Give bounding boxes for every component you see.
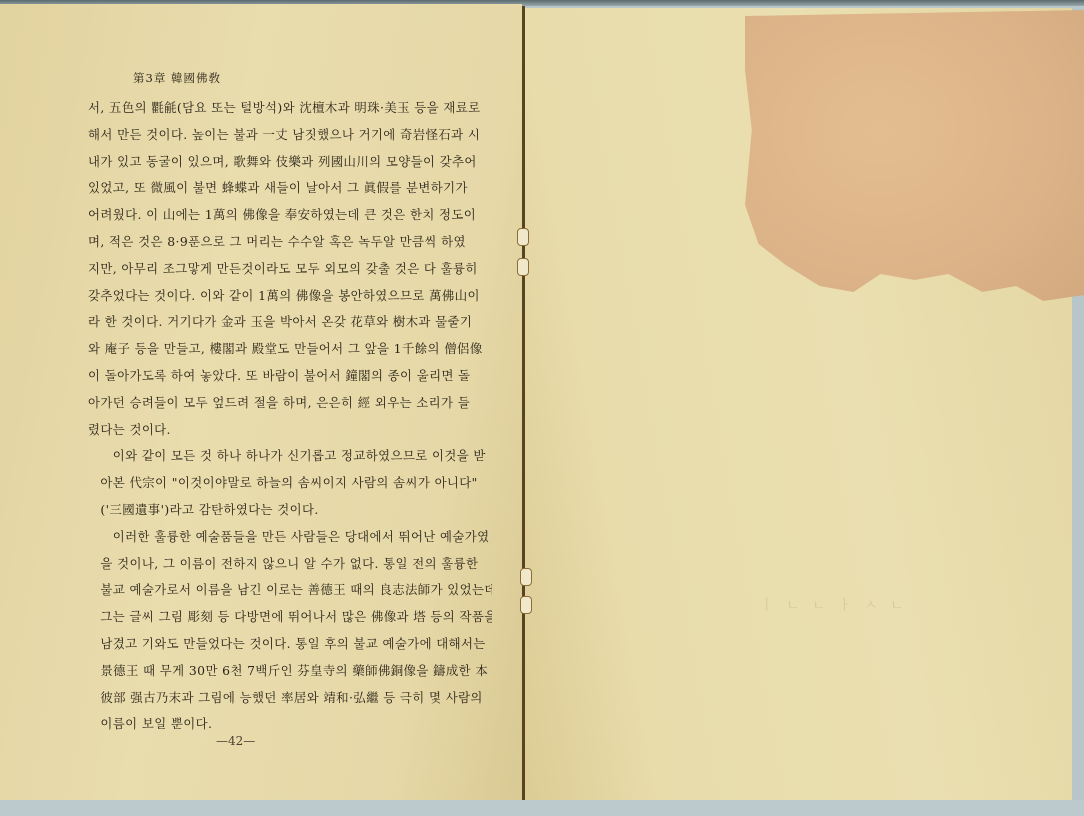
binding-hole-icon bbox=[517, 258, 529, 276]
book-spine bbox=[522, 6, 525, 800]
page-number: —42— bbox=[216, 734, 255, 748]
text-line: 지만, 아무리 조그맣게 만든것이라도 모두 외모의 갖출 것은 다 훌륭히 bbox=[88, 256, 492, 283]
faint-show-through-marking: ㅣ ㄴ ㄴ ㅏ ㅅ ㄴ bbox=[760, 595, 907, 615]
binding-hole-icon bbox=[517, 228, 529, 246]
text-line: 아본 代宗이 "이것이야말로 하늘의 솜씨이지 사람의 솜씨가 아니다" bbox=[88, 470, 492, 497]
text-line: 어려웠다. 이 山에는 1萬의 佛像을 奉安하였는데 큰 것은 한치 정도이 bbox=[88, 202, 492, 229]
binding-hole-icon bbox=[520, 596, 532, 614]
text-line: 이 돌아가도록 하여 놓았다. 또 바람이 불어서 鐘閣의 종이 울리면 돌 bbox=[88, 363, 492, 390]
text-line: 불교 예술가로서 이름을 남긴 이로는 善德王 때의 良志法師가 있었는데, bbox=[88, 577, 492, 604]
text-line: 와 庵子 등을 만들고, 樓閣과 殿堂도 만들어서 그 앞을 1千餘의 僧侶像 bbox=[88, 336, 492, 363]
text-line: 있었고, 또 微風이 불면 蜂蝶과 새들이 날아서 그 眞假를 분변하기가 bbox=[88, 175, 492, 202]
text-line: 해서 만든 것이다. 높이는 불과 一丈 남짓했으나 거기에 奇岩怪石과 시 bbox=[88, 122, 492, 149]
text-line: 이러한 훌륭한 예술품들을 만든 사람들은 당대에서 뛰어난 예술가였 bbox=[88, 524, 492, 551]
text-line: 이름이 보일 뿐이다. bbox=[88, 711, 492, 738]
text-line: ('三國遺事')라고 감탄하였다는 것이다. bbox=[88, 497, 492, 524]
scanner-bottom-edge bbox=[0, 800, 1084, 816]
text-line: 그는 글씨 그림 彫刻 등 다방면에 뛰어나서 많은 佛像과 塔 등의 작품을 bbox=[88, 604, 492, 631]
text-line: 남겼고 기와도 만들었다는 것이다. 통일 후의 불교 예술가에 대해서는 bbox=[88, 631, 492, 658]
text-line: 彼部 强古乃末과 그림에 능했던 率居와 靖和·弘繼 등 극히 몇 사람의 bbox=[88, 685, 492, 712]
text-line: 을 것이나, 그 이름이 전하지 않으니 알 수가 없다. 통일 전의 훌륭한 bbox=[88, 551, 492, 578]
paragraph-2: 이와 같이 모든 것 하나 하나가 신기롭고 정교하였으므로 이것을 받 아본 … bbox=[88, 443, 492, 523]
text-line: 아가던 승려들이 모두 엎드려 절을 하며, 은은히 經 외우는 소리가 들 bbox=[88, 390, 492, 417]
text-line: 라 한 것이다. 거기다가 金과 玉을 박아서 온갖 花草와 樹木과 물줄기 bbox=[88, 309, 492, 336]
text-line: 내가 있고 동굴이 있으며, 歌舞와 伎樂과 列國山川의 모양들이 갖추어 bbox=[88, 149, 492, 176]
torn-paper-patch bbox=[745, 10, 1084, 310]
text-line: 이와 같이 모든 것 하나 하나가 신기롭고 정교하였으므로 이것을 받 bbox=[88, 443, 492, 470]
text-line: 景德王 때 무게 30만 6천 7백斤인 芬皇寺의 藥師佛銅像을 鑄成한 本 bbox=[88, 658, 492, 685]
paragraph-1: 서, 五色의 氍毹(담요 또는 털방석)와 沈檀木과 明珠·美玉 등을 재료로 … bbox=[88, 95, 492, 443]
text-line: 서, 五色의 氍毹(담요 또는 털방석)와 沈檀木과 明珠·美玉 등을 재료로 bbox=[88, 95, 492, 122]
body-text: 서, 五色의 氍毹(담요 또는 털방석)와 沈檀木과 明珠·美玉 등을 재료로 … bbox=[88, 95, 492, 738]
text-line: 며, 적은 것은 8·9푼으로 그 머리는 수수알 혹은 녹두알 만큼씩 하였 bbox=[88, 229, 492, 256]
text-line: 렸다는 것이다. bbox=[88, 417, 492, 444]
text-line: 갖추었다는 것이다. 이와 같이 1萬의 佛像을 봉안하였으므로 萬佛山이 bbox=[88, 283, 492, 310]
running-head: 第3章 韓國佛敎 bbox=[133, 70, 221, 86]
binding-hole-icon bbox=[520, 568, 532, 586]
paragraph-3: 이러한 훌륭한 예술품들을 만든 사람들은 당대에서 뛰어난 예술가였 을 것이… bbox=[88, 524, 492, 738]
